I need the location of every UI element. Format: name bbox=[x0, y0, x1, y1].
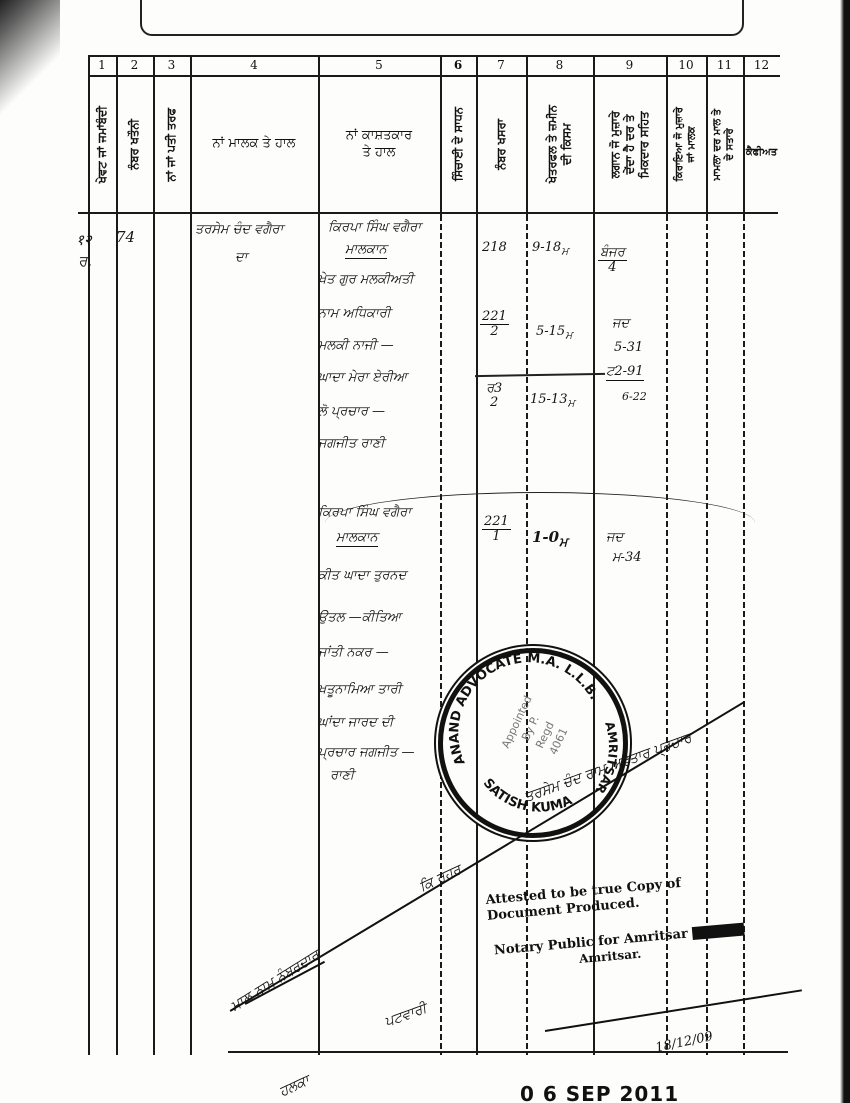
rent-value: ਟ2-91 bbox=[606, 364, 644, 381]
column-header-cultivator: ਨਾਂ ਕਾਸ਼ਤਕਾਰ ਤੇ ਹਾਲ bbox=[318, 77, 440, 212]
cultivator-line: ਉਤਲ —ਕੀਤਿਆ bbox=[318, 610, 401, 625]
redaction-mark bbox=[692, 922, 745, 939]
khasra-number: 2211 bbox=[482, 515, 511, 544]
column-number: 11 bbox=[706, 58, 743, 72]
column-header-remarks: ਕੈਫੀਅਤ bbox=[743, 77, 780, 212]
column-number: 8 bbox=[526, 58, 593, 72]
date-stamp: 0 6 SEP 2011 bbox=[520, 1082, 679, 1103]
cultivator-line: ਖਤੂਨਾਮਿਆ ਤਾਰੀ bbox=[318, 682, 401, 697]
bottom-signature: ਹਲਕਾ bbox=[277, 1072, 312, 1100]
cultivator-line: ਕਿਰਪਾ ਸਿੰਘ ਵਗੈਰਾ bbox=[318, 505, 411, 520]
cultivator-line: ਮਾਲਕਾਨ bbox=[345, 242, 387, 259]
cultivator-line: ਜਗਜੀਤ ਰਾਣੀ bbox=[318, 436, 385, 451]
rent-value: ਜਦ bbox=[606, 530, 623, 545]
area-value: 1-0ਮ bbox=[532, 528, 567, 550]
column-number: 9 bbox=[593, 58, 666, 72]
column-header-khatauni: ਨੰਬਰ ਖਤੌਨੀ bbox=[116, 77, 153, 212]
cultivator-line: ਘਾਂਦਾ ਜਾਰਦ ਦੀ bbox=[318, 715, 393, 730]
cultivator-line: ਰਾਣੀ bbox=[330, 768, 354, 783]
khatauni-number: 74 bbox=[116, 228, 135, 246]
cultivator-line: ਖੇਤ ਗੁਰ ਮਲਕੀਅਤੀ bbox=[318, 272, 413, 287]
column-header-khasra: ਨੰਬਰ ਖਸਰਾ bbox=[476, 77, 526, 212]
rent-subvalue: ਮ-34 bbox=[612, 550, 642, 565]
column-number: 10 bbox=[666, 58, 706, 72]
column-number: 2 bbox=[116, 58, 153, 72]
khasra-number: 218 bbox=[482, 240, 507, 255]
column-header-khewat: ਖੇਵਟ ਜਾਂ ਜਮਾਂਬੰਦੀ bbox=[88, 77, 116, 212]
area-value: 15-13ਮ bbox=[530, 392, 575, 411]
cultivator-line: ਜਾਂਤੀ ਨਕਰ — bbox=[318, 645, 389, 660]
rent-subvalue: 5-31 bbox=[614, 340, 643, 355]
scan-shadow-right bbox=[840, 0, 850, 1103]
column-header-rent: ਲਗਾਨ ਜੋ ਮੁਜ਼ਾਰੇ ਦੇਂਦਾ ਹੈ ਦਰ ਤੇ ਮਿਕਦਾਰ ਸਹ… bbox=[593, 77, 666, 212]
header-bottom-rule bbox=[78, 212, 778, 214]
khasra-number: 2212 bbox=[480, 310, 509, 339]
col-divider bbox=[440, 215, 442, 1055]
column-number: 3 bbox=[153, 58, 190, 72]
column-number: 4 bbox=[190, 58, 318, 72]
document-header-box: ··· ਦ ·ਮ bbox=[140, 0, 744, 36]
cultivator-line: ਲੋ ਪ੍ਰਚਾਰ — bbox=[318, 404, 385, 419]
area-value: 9-18ਮ bbox=[532, 240, 568, 259]
owner-subtext: ਦਾ bbox=[235, 250, 247, 265]
table-bottom-rule bbox=[228, 1051, 788, 1053]
column-header-irrigation: ਸਿੰਚਾਈ ਦੇ ਸਾਧਨ bbox=[440, 77, 476, 212]
khasra-number: ਰ32 bbox=[484, 382, 504, 410]
cultivator-line: ਪ੍ਰਚਾਰ ਜਗਜੀਤ — bbox=[318, 745, 415, 760]
column-number: 5 bbox=[318, 58, 440, 72]
cultivator-line: ਨਾਮ ਅਧਿਕਾਰੀ bbox=[318, 306, 391, 321]
cultivator-line: ਮਲਕੀ ਨਾਜੀ — bbox=[318, 338, 394, 353]
area-value: 5-15ਮ bbox=[536, 324, 572, 343]
column-header-lease: ਕਿਰਾਇਆ ਜੋ ਮੁਜ਼ਾਰੇ ਜਾਂ ਮਾਲਕ bbox=[666, 77, 706, 212]
rent-value: ਬੰਜਰ4 bbox=[598, 246, 627, 275]
khewat-suffix: ਰ. bbox=[78, 252, 92, 270]
owner-name: ਤਰਸੇਮ ਚੰਦ ਵਗੈਰਾ bbox=[195, 222, 283, 237]
column-number: 7 bbox=[476, 58, 526, 72]
header-partial-text: ··· ਦ ·ਮ bbox=[622, 0, 722, 2]
column-header-owner: ਨਾਂ ਮਾਲਕ ਤੇ ਹਾਲ bbox=[190, 77, 318, 212]
cultivator-line: ਮਾਲਕਾਨ bbox=[336, 530, 378, 547]
cultivator-line: ਕਿਰਪਾ ਸਿੰਘ ਵਗੈਰਾ bbox=[328, 220, 421, 235]
column-number: 1 bbox=[88, 58, 116, 72]
column-number: 12 bbox=[743, 58, 780, 72]
khewat-number: १२ bbox=[76, 230, 92, 250]
cultivator-line: ਕੀਤ ਘਾਦਾ ਤੁਰਨਦ bbox=[318, 568, 406, 583]
advocate-seal: ANAND ADVOCATE M.A. L.L.B. SATISH KUMAR … bbox=[438, 648, 628, 838]
column-header-revenue: ਮਾਮਲਾ ਦਰ ਮਾਲ ਤੇ ਦੇ ਸਤਾਰੇ bbox=[706, 77, 743, 212]
scan-shadow-left bbox=[0, 0, 60, 230]
rent-value: ਜਦ bbox=[612, 316, 629, 331]
column-header-area: ਖੇਤਰਫਲ ਤੇ ਜ਼ਮੀਨ ਦੀ ਕਿਸਮ bbox=[526, 77, 593, 212]
cultivator-line: ਘਾਦਾ ਮੇਰਾ ਏਰੀਆ bbox=[318, 370, 407, 385]
rent-subvalue: 6-22 bbox=[622, 390, 647, 403]
column-number: 6 bbox=[440, 58, 476, 72]
column-header-patti: ਨਾਂ ਜਾਂ ਪਤੀ ਤਰਫ bbox=[153, 77, 190, 212]
